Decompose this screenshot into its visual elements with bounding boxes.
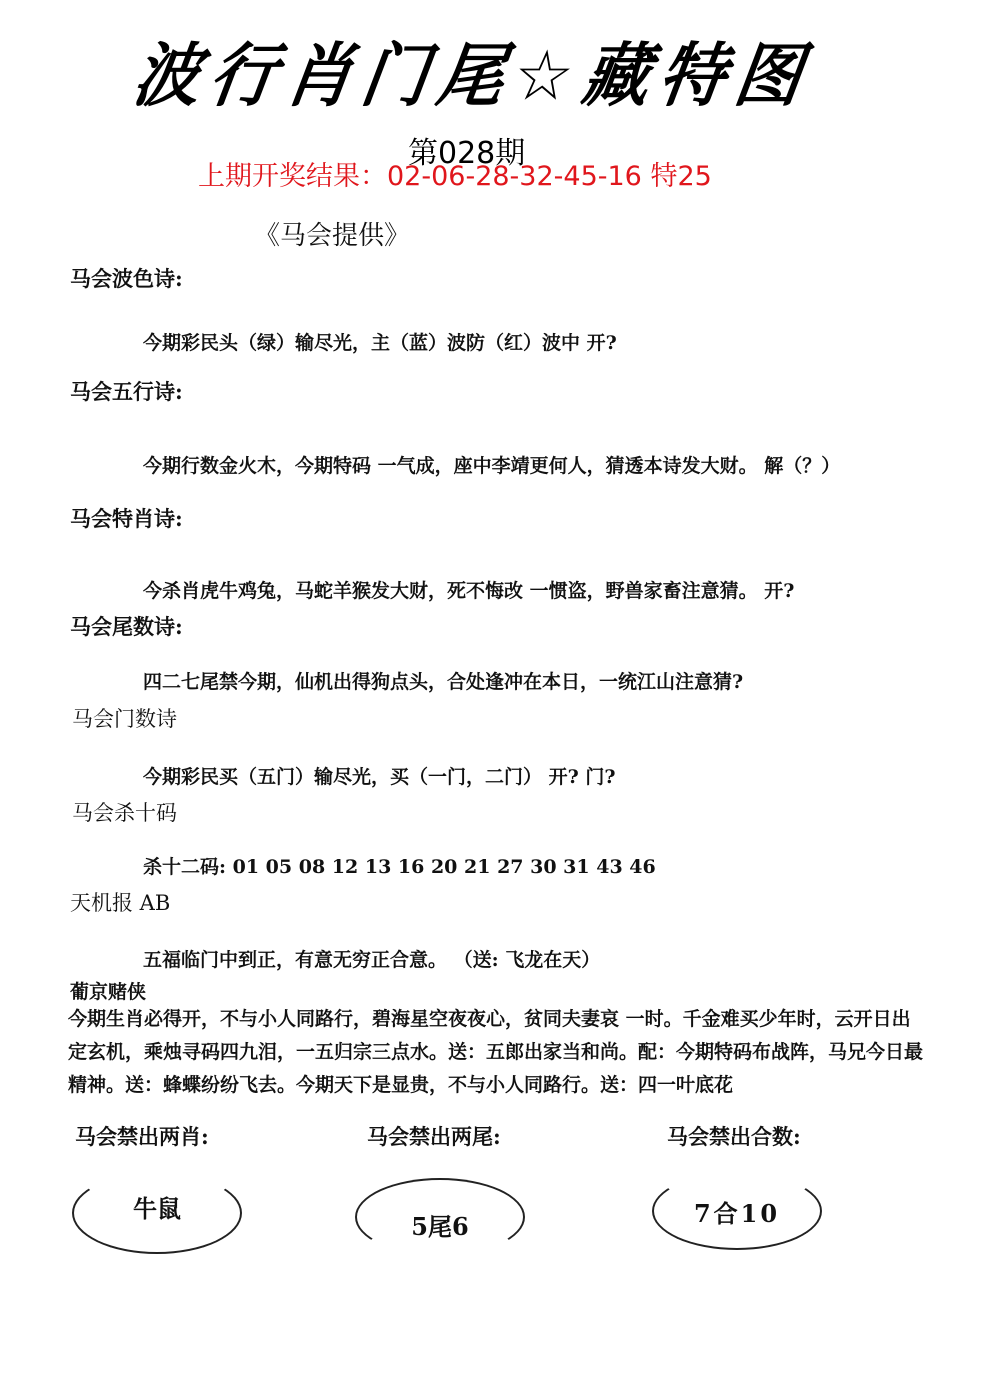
section-text-kill-ten: 杀十二码: 01 05 08 12 13 16 20 21 27 30 31 4…: [143, 852, 656, 879]
forbidden-sum-value: 7合10: [694, 1194, 780, 1229]
section-heading-kill-ten: 马会杀十码: [72, 797, 177, 827]
forbidden-tail-label: 马会禁出两尾:: [367, 1121, 501, 1151]
section-heading-wave-color: 马会波色诗:: [70, 263, 183, 293]
last-result: 上期开奖结果：02-06-28-32-45-16 特25: [198, 154, 712, 193]
page-title: 波行肖门尾☆藏特图: [128, 20, 819, 120]
forbidden-zodiac-oval: 牛鼠: [72, 1172, 242, 1254]
last-result-numbers: 02-06-28-32-45-16: [387, 161, 642, 192]
section-text-five-elements: 今期行数金火木，今期特码 一气成，座中李靖更何人，猜透本诗发大财。 解（？）: [143, 451, 840, 478]
section-heading-pujing: 葡京赌侠: [70, 977, 146, 1004]
section-text-pujing: 今期生肖必得开，不与小人同路行，碧海星空夜夜心，贫同夫妻哀 一时。千金难买少年时…: [68, 1003, 928, 1102]
forbidden-tail-value: 5尾6: [411, 1207, 468, 1242]
provider-label: 《马会提供》: [254, 215, 410, 252]
section-text-wave-color: 今期彩民头（绿）输尽光，主（蓝）波防（红）波中 开?: [143, 328, 617, 355]
section-text-special-zodiac: 今杀肖虎牛鸡兔，马蛇羊猴发大财，死不悔改 一惯盗，野兽家畜注意猜。 开?: [143, 576, 794, 603]
section-heading-door-number: 马会门数诗: [72, 703, 177, 733]
section-heading-tail-number: 马会尾数诗:: [70, 611, 183, 641]
forbidden-tail-oval: 5尾6: [355, 1178, 525, 1256]
section-text-door-number: 今期彩民买（五门）输尽光，买（一门，二门） 开? 门?: [143, 762, 616, 789]
section-heading-special-zodiac: 马会特肖诗:: [70, 503, 183, 533]
forbidden-sum-label: 马会禁出合数:: [667, 1121, 801, 1151]
last-result-label: 上期开奖结果：: [198, 161, 387, 192]
forbidden-zodiac-label: 马会禁出两肖:: [75, 1121, 209, 1151]
section-heading-tianji: 天机报 AB: [70, 887, 170, 917]
section-text-tail-number: 四二七尾禁今期，仙机出得狗点头，合处逢冲在本日，一统江山注意猜?: [143, 667, 743, 694]
last-result-special: 特25: [650, 161, 711, 192]
section-heading-five-elements: 马会五行诗:: [70, 376, 183, 406]
forbidden-zodiac-value: 牛鼠: [133, 1189, 181, 1224]
forbidden-sum-oval: 7合10: [652, 1172, 822, 1250]
section-text-tianji: 五福临门中到正，有意无穷正合意。 （送: 飞龙在天）: [143, 945, 600, 972]
